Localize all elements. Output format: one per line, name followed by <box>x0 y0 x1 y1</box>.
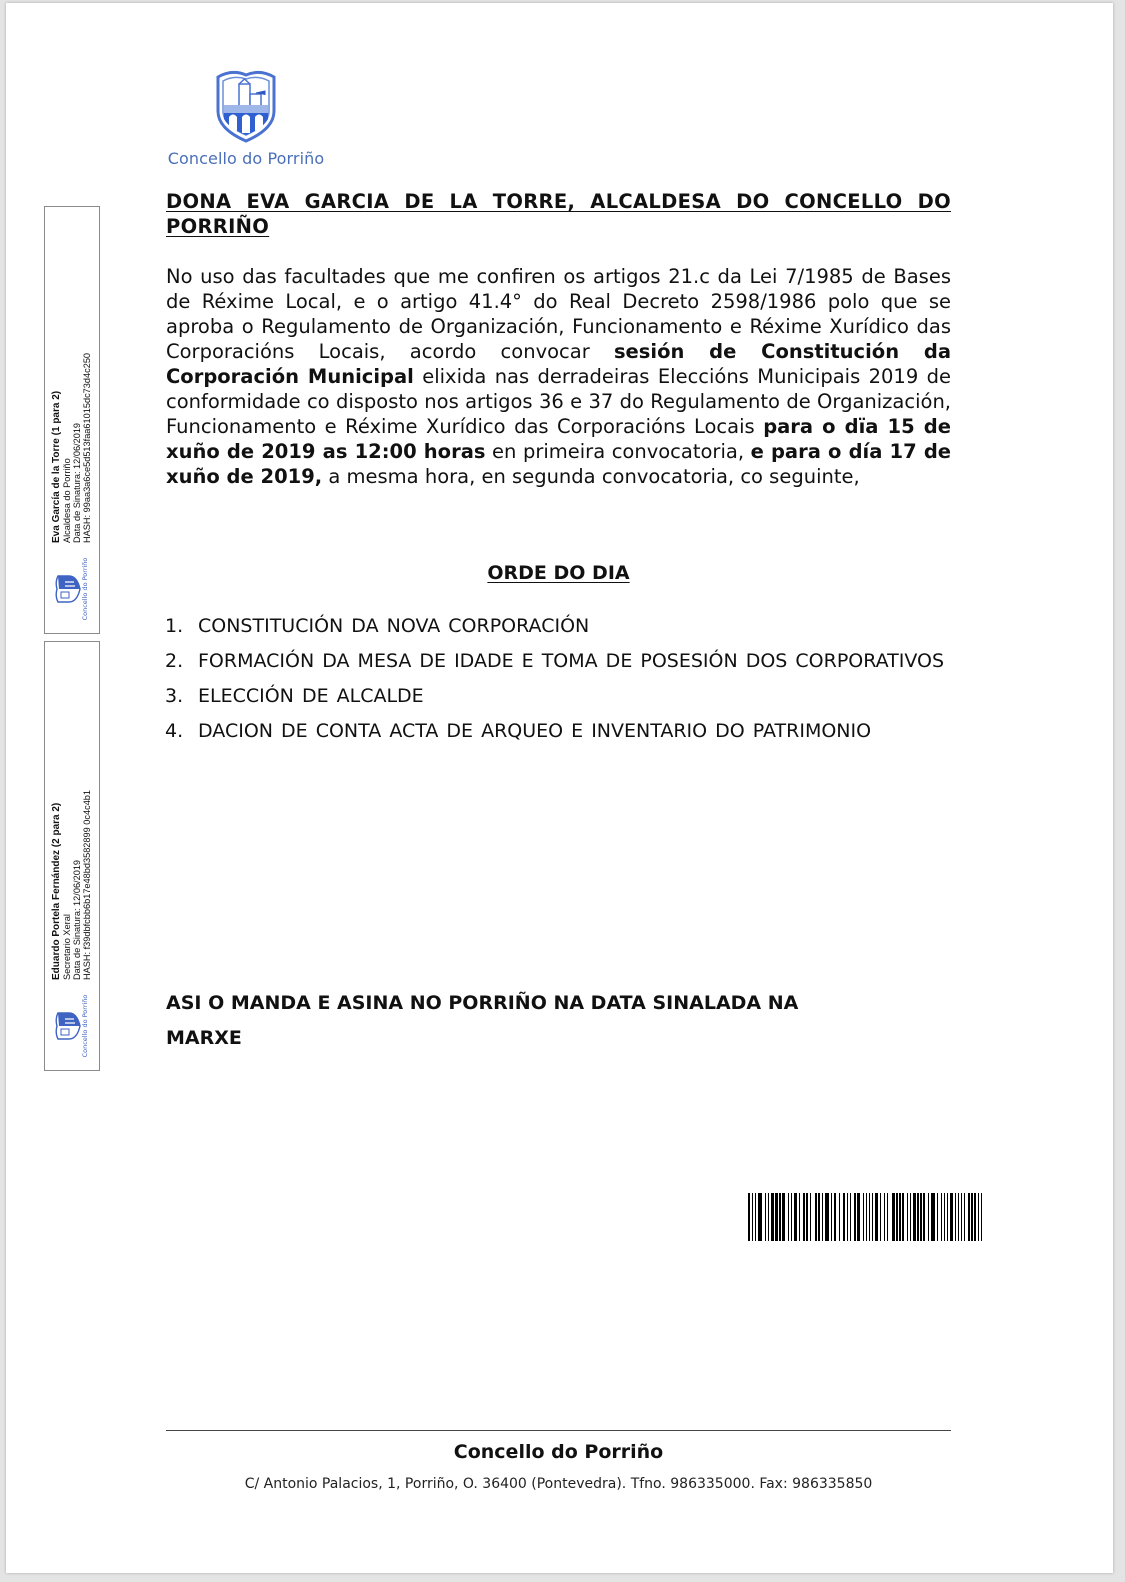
stamp-logo-text: Concello do Porriño <box>81 558 89 621</box>
signature-stamp-mayor: Concello do Porriño Eva García de la Tor… <box>44 206 100 634</box>
agenda-item-number: 3. <box>165 684 198 708</box>
municipal-shield-icon <box>212 67 280 143</box>
signer-name: Eva García de la Torre (1 para 2) <box>52 353 62 543</box>
signature-hash: HASH: f39dbfcbb6b17e48bd3582899 0c4c4b1 <box>82 790 92 980</box>
agenda-item-number: 2. <box>165 649 198 673</box>
signer-role: Secretario Xeral <box>62 790 72 980</box>
stamp-logo: Concello do Porriño <box>55 994 89 1058</box>
footer-address: C/ Antonio Palacios, 1, Porriño, O. 3640… <box>166 1476 951 1492</box>
agenda-item-number: 1. <box>165 614 198 638</box>
footer-divider <box>166 1430 951 1431</box>
body-paragraph: No uso das facultades que me confiren os… <box>166 264 951 489</box>
document-page: Concello do Porriño Concello do Porriño … <box>6 3 1113 1573</box>
closing-statement: ASI O MANDA E ASINA NO PORRIÑO NA DATA S… <box>166 986 866 1056</box>
stamp-signature-details: Eva García de la Torre (1 para 2) Alcald… <box>52 353 92 543</box>
stamp-signature-details: Eduardo Portela Fernández (2 para 2) Sec… <box>52 790 92 980</box>
signer-role: Alcaldesa do Porriño <box>62 353 72 543</box>
agenda-item-text: DACION DE CONTA ACTA DE ARQUEO E INVENTA… <box>198 719 951 743</box>
barcode <box>748 1193 984 1241</box>
signer-name: Eduardo Portela Fernández (2 para 2) <box>52 790 62 980</box>
logo-text: Concello do Porriño <box>166 149 326 168</box>
agenda-item-number: 4. <box>165 719 198 743</box>
agenda-item: 3.ELECCIÓN DE ALCALDE <box>165 684 951 708</box>
stamp-logo-text: Concello do Porriño <box>81 995 89 1058</box>
body-text-run: en primeira convocatoria, <box>485 440 750 463</box>
signature-hash: HASH: 99aa3a6ce5d513faa61015dc73d4c250 <box>82 353 92 543</box>
signature-date: Data de Sinatura: 12/06/2019 <box>72 353 82 543</box>
body-text-run: a mesma hora, en segunda convocatoria, c… <box>322 465 860 488</box>
municipal-shield-icon <box>55 1011 81 1041</box>
stamp-logo: Concello do Porriño <box>55 557 89 621</box>
signature-date: Data de Sinatura: 12/06/2019 <box>72 790 82 980</box>
document-title: DONA EVA GARCIA DE LA TORRE, ALCALDESA D… <box>166 189 951 239</box>
agenda-title: ORDE DO DIA <box>166 562 951 584</box>
agenda-list: 1.CONSTITUCIÓN DA NOVA CORPORACIÓN2.FORM… <box>165 614 951 754</box>
municipal-shield-icon <box>55 574 81 604</box>
agenda-item: 4.DACION DE CONTA ACTA DE ARQUEO E INVEN… <box>165 719 951 743</box>
agenda-item-text: ELECCIÓN DE ALCALDE <box>198 684 951 708</box>
agenda-item: 1.CONSTITUCIÓN DA NOVA CORPORACIÓN <box>165 614 951 638</box>
agenda-item: 2.FORMACIÓN DA MESA DE IDADE E TOMA DE P… <box>165 649 951 673</box>
footer-organization-name: Concello do Porriño <box>166 1441 951 1463</box>
agenda-item-text: FORMACIÓN DA MESA DE IDADE E TOMA DE POS… <box>198 649 951 673</box>
signature-stamp-secretary: Concello do Porriño Eduardo Portela Fern… <box>44 641 100 1071</box>
header-logo: Concello do Porriño <box>166 67 326 168</box>
agenda-item-text: CONSTITUCIÓN DA NOVA CORPORACIÓN <box>198 614 951 638</box>
